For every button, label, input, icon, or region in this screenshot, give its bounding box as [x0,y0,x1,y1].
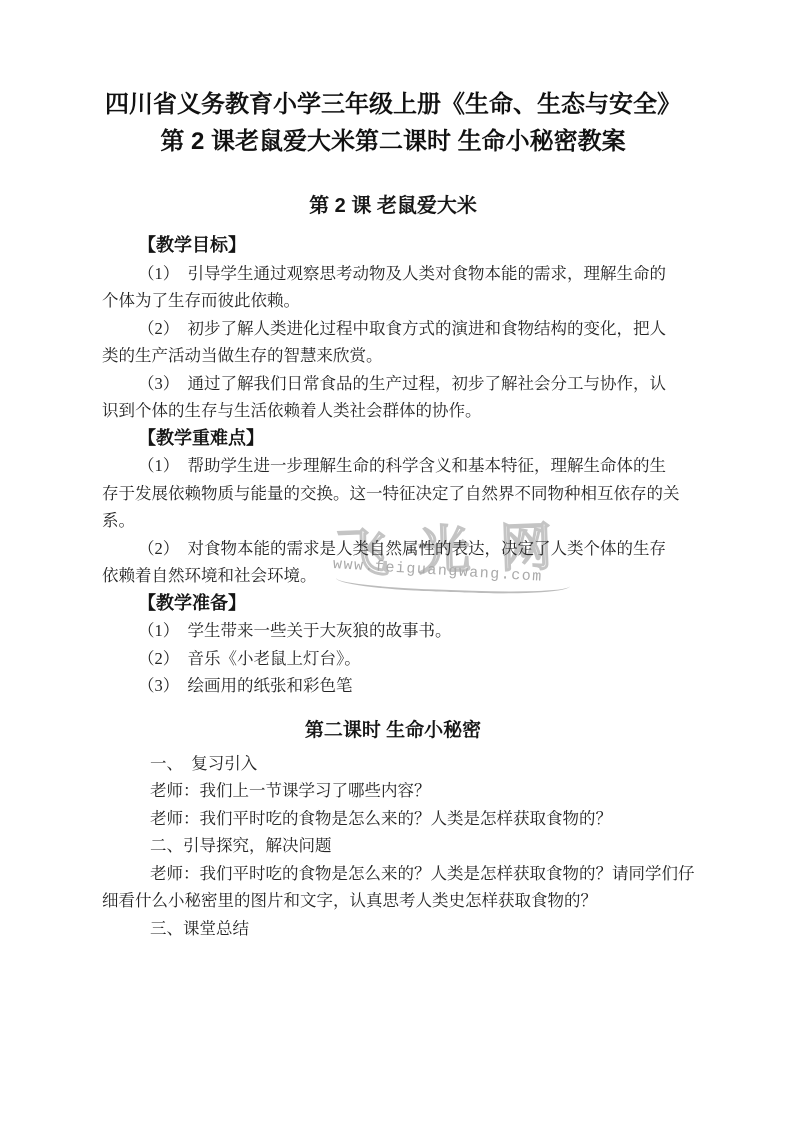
document-title-line2: 第 2 课老鼠爱大米第二课时 生命小秘密教案 [102,123,684,160]
lesson-heading: 第 2 课 老鼠爱大米 [102,194,684,218]
body-line: 个体为了生存而彼此依赖。 [102,287,684,315]
body-line: （3） 通过了解我们日常食品的生产过程，初步了解社会分工与协作，认 [102,370,684,398]
body-line: 老师：我们平时吃的食物是怎么来的？人类是怎样获取食物的？请同学们仔 [102,860,684,888]
body-line: （2） 初步了解人类进化过程中取食方式的演进和食物结构的变化，把人 [102,315,684,343]
body-line: （2） 音乐《小老鼠上灯台》。 [102,645,684,673]
body-line: 三、课堂总结 [102,915,684,943]
body-line: 老师：我们平时吃的食物是怎么来的？人类是怎样获取食物的？ [102,805,684,833]
body-line: 老师：我们上一节课学习了哪些内容？ [102,777,684,805]
body-line: （1） 帮助学生进一步理解生命的科学含义和基本特征，理解生命体的生 [102,452,684,480]
section-heading-objectives: 【教学目标】 [102,232,684,260]
body-line: 存于发展依赖物质与能量的交换。这一特征决定了自然界不同物种相互依存的关 [102,480,684,508]
period2-body: 一、 复习引入 老师：我们上一节课学习了哪些内容？ 老师：我们平时吃的食物是怎么… [102,750,684,943]
body-line: 一、 复习引入 [102,750,684,778]
body-line: （2） 对食物本能的需求是人类自然属性的表达，决定了人类个体的生存 [102,535,684,563]
body-line: （1） 学生带来一些关于大灰狼的故事书。 [102,617,684,645]
scanned-lesson-plan-page: 飞光网 www.feiguangwang.com 四川省义务教育小学三年级上册《… [0,0,793,1122]
document-title-line1: 四川省义务教育小学三年级上册《生命、生态与安全》 [102,86,684,123]
lesson-body: 【教学目标】 （1） 引导学生通过观察思考动物及人类对食物本能的需求，理解生命的… [102,232,684,700]
section-heading-preparation: 【教学准备】 [102,590,684,618]
section-heading-key-points: 【教学重难点】 [102,425,684,453]
body-line: （1） 引导学生通过观察思考动物及人类对食物本能的需求，理解生命的 [102,260,684,288]
body-line: 依赖着自然环境和社会环境。 [102,562,684,590]
body-line: 二、引导探究，解决问题 [102,832,684,860]
body-line: 识到个体的生存与生活依赖着人类社会群体的协作。 [102,397,684,425]
body-line: 系。 [102,507,684,535]
body-line: 细看什么小秘密里的图片和文字，认真思考人类史怎样获取食物的？ [102,887,684,915]
document-content: 四川省义务教育小学三年级上册《生命、生态与安全》 第 2 课老鼠爱大米第二课时 … [102,0,684,942]
period2-heading: 第二课时 生命小秘密 [102,718,684,744]
body-line: 类的生产活动当做生存的智慧来欣赏。 [102,342,684,370]
body-line: （3） 绘画用的纸张和彩色笔 [102,672,684,700]
document-title: 四川省义务教育小学三年级上册《生命、生态与安全》 第 2 课老鼠爱大米第二课时 … [102,86,684,160]
